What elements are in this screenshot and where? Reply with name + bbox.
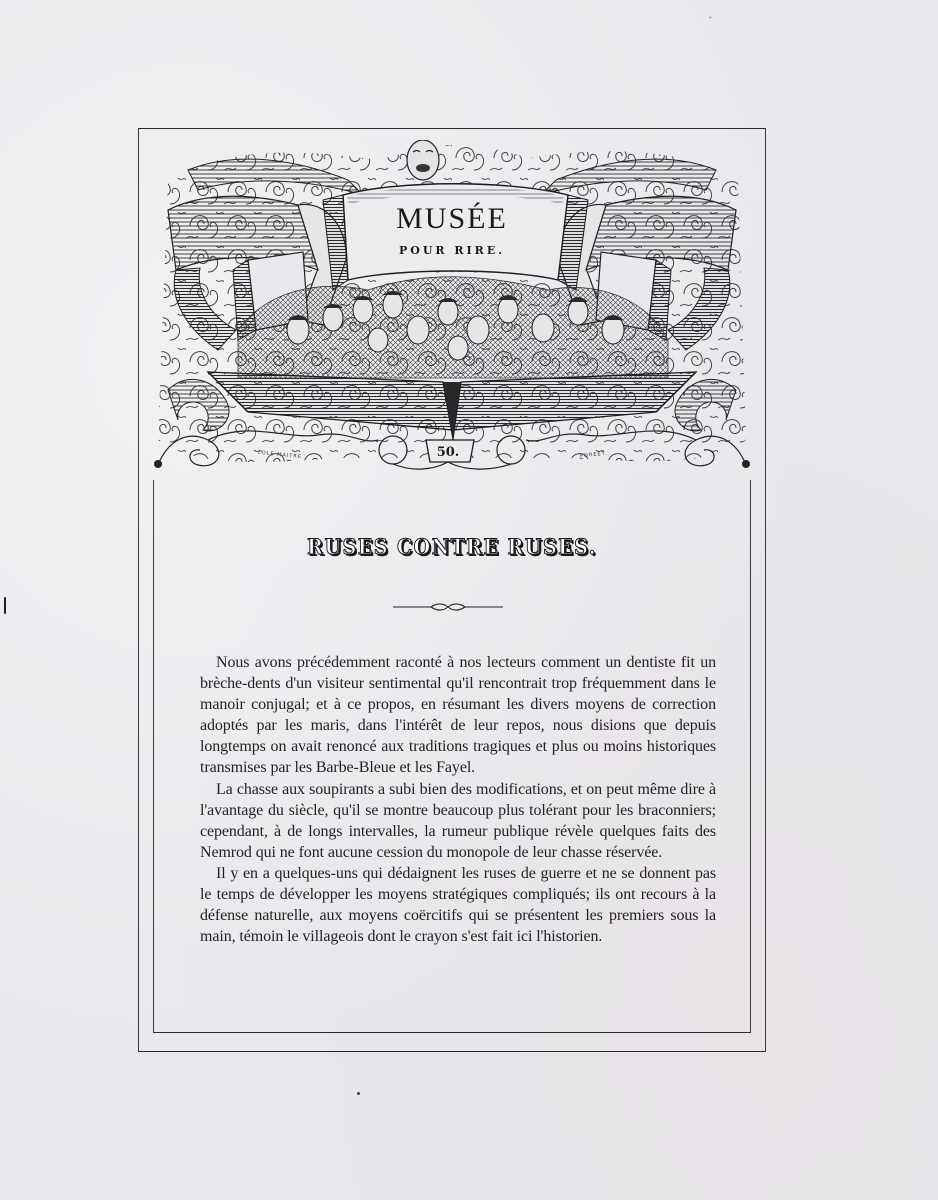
- article-title: RUSES CONTRE RUSES.: [153, 534, 751, 559]
- masthead-subtitle: POUR RIRE.: [148, 244, 756, 257]
- issue-number: 50.: [424, 445, 472, 460]
- masthead-title: MUSÉE: [148, 202, 756, 236]
- margin-ink-mark: [4, 597, 6, 614]
- engraving-illustration: [148, 140, 756, 480]
- paragraph: Nous avons précédemment raconté à nos le…: [200, 652, 716, 779]
- ink-speck: [357, 1092, 360, 1095]
- article-body: Nous avons précédemment raconté à nos le…: [200, 652, 716, 947]
- masthead-vignette: MUSÉE POUR RIRE. 50. LOLE MAITRE POREET.: [148, 140, 756, 480]
- paragraph: La chasse aux soupirants a subi bien des…: [200, 779, 716, 863]
- paragraph: Il y en a quelques-uns qui dédaignent le…: [200, 863, 716, 947]
- title-divider-ornament: [393, 602, 503, 612]
